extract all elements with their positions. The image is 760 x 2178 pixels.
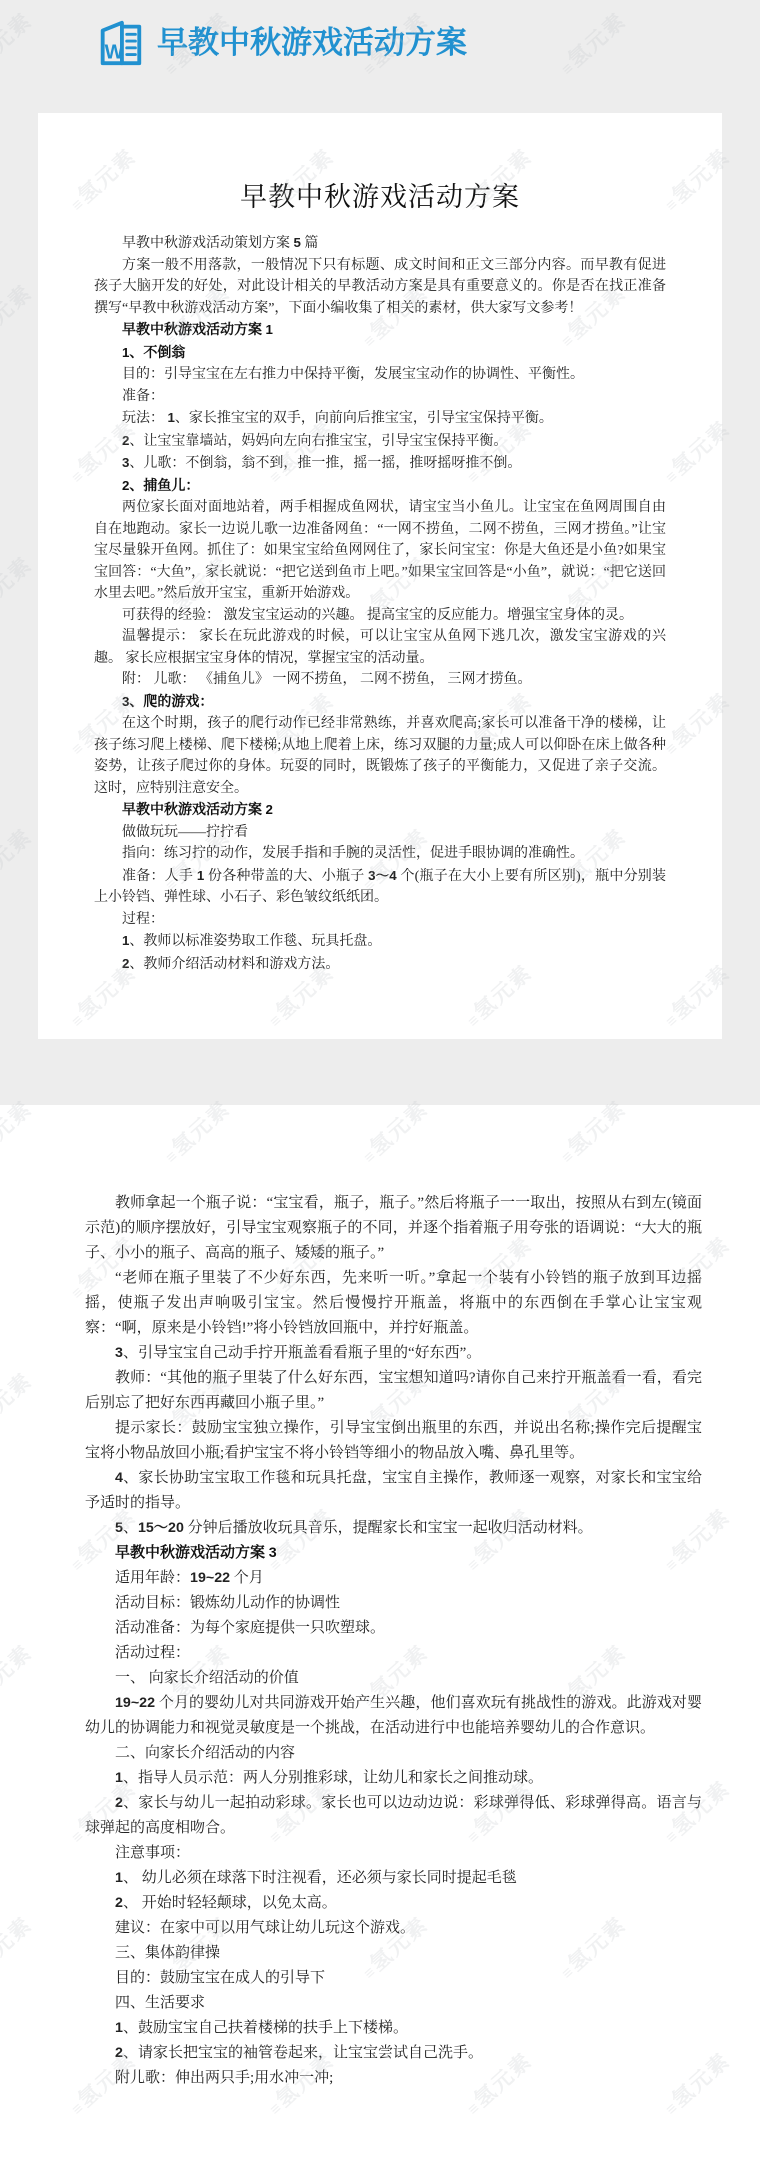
watermark: ≡氢元素 [750,549,760,625]
paragraph: 2、请家长把宝宝的袖管卷起来，让宝宝尝试自己洗手。 [85,2041,702,2066]
watermark: ≡氢元素 [750,277,760,353]
paragraph: 过程： [94,909,666,931]
paragraph: 4、家长协助宝宝取工作毯和玩具托盘，宝宝自主操作，教师逐一观察，对家长和宝宝给予… [85,1466,702,1516]
paragraph: 2、家长与幼儿一起拍动彩球。家长也可以边动边说：彩球弹得低、彩球弹得高。语言与球… [85,1791,702,1841]
paragraph: 准备： [94,386,666,408]
paragraph: 1、 幼儿必须在球落下时注视看，还必须与家长同时提起毛毯 [85,1866,702,1891]
watermark: ≡氢元素 [0,549,38,625]
paragraph: 3、儿歌：不倒翁，翁不到，推一推，摇一摇，推呀摇呀推不倒。 [94,452,666,475]
paragraph: 建议：在家中可以用气球让幼儿玩这个游戏。 [85,1916,702,1941]
paragraph: 2、让宝宝靠墙站，妈妈向左向右推宝宝，引导宝宝保持平衡。 [94,430,666,453]
paragraph: 玩法： 1、家长推宝宝的双手，向前向后推宝宝，引导宝宝保持平衡。 [94,407,666,430]
section-heading: 3、爬的游戏： [94,691,666,714]
paragraph: “老师在瓶子里装了不少好东西，先来听一听。”拿起一个装有小铃铛的瓶子放到耳边摇摇… [85,1266,702,1341]
section-heading: 早教中秋游戏活动方案 1 [94,319,666,342]
section-heading: 早教中秋游戏活动方案 3 [85,1541,702,1566]
page1-body: 早教中秋游戏活动策划方案 5 篇方案一般不用落款，一般情况下只有标题、成文时间和… [94,232,666,975]
paragraph: 5、15～20 分钟后播放收玩具音乐，提醒家长和宝宝一起收归活动材料。 [85,1516,702,1541]
paragraph: 适用年龄：19~22 个月 [85,1566,702,1591]
paragraph: 三、集体韵律操 [85,1941,702,1966]
svg-text:W: W [105,41,125,63]
paragraph: 目的：鼓励宝宝在成人的引导下 [85,1966,702,1991]
document-page-1: 早教中秋游戏活动方案 早教中秋游戏活动策划方案 5 篇方案一般不用落款，一般情况… [38,113,722,1039]
paragraph: 一、 向家长介绍活动的价值 [85,1666,702,1691]
section-heading: 1、不倒翁 [94,342,666,365]
paragraph: 1、指导人员示范：两人分别推彩球，让幼儿和家长之间推动球。 [85,1766,702,1791]
page-title: 早教中秋游戏活动方案 [94,179,666,215]
paragraph: 3、引导宝宝自己动手拧开瓶盖看看瓶子里的“好东西”。 [85,1341,702,1366]
document-page-2: 教师拿起一个瓶子说：“宝宝看，瓶子，瓶子。”然后将瓶子一一取出，按照从右到左(镜… [0,1105,760,2178]
paragraph: 温馨提示： 家长在玩此游戏的时候，可以让宝宝从鱼网下逃几次，激发宝宝游戏的兴趣。… [94,626,666,669]
watermark: ≡氢元素 [750,821,760,897]
paragraph: 2、 开始时轻轻颠球，以免太高。 [85,1891,702,1916]
header: W 早教中秋游戏活动方案 [94,17,467,69]
paragraph: 19~22 个月的婴幼儿对共同游戏开始产生兴趣，他们喜欢玩有挑战性的游戏。此游戏… [85,1691,702,1741]
paragraph: 1、鼓励宝宝自己扶着楼梯的扶手上下楼梯。 [85,2016,702,2041]
watermark: ≡氢元素 [552,5,632,81]
paragraph: 准备：人手 1 份各种带盖的大、小瓶子 3～4 个(瓶子在大小上要有所区别)，瓶… [94,865,666,909]
paragraph: 活动目标：锻炼幼儿动作的协调性 [85,1591,702,1616]
word-document-icon: W [94,17,146,69]
section-heading: 早教中秋游戏活动方案 2 [94,799,666,822]
paragraph: 教师：“其他的瓶子里装了什么好东西，宝宝想知道吗?请你自己来拧开瓶盖看一看，看完… [85,1366,702,1416]
page2-body: 教师拿起一个瓶子说：“宝宝看，瓶子，瓶子。”然后将瓶子一一取出，按照从右到左(镜… [85,1191,702,2091]
watermark: ≡氢元素 [0,821,38,897]
paragraph: 四、生活要求 [85,1991,702,2016]
paragraph: 2、教师介绍活动材料和游戏方法。 [94,953,666,976]
watermark-logo-icon: ≡ [559,60,577,79]
paragraph: 可获得的经验： 激发宝宝运动的兴趣。 提高宝宝的反应能力。增强宝宝身体的灵。 [94,605,666,627]
paragraph: 目的：引导宝宝在左右推力中保持平衡，发展宝宝动作的协调性、平衡性。 [94,364,666,386]
paragraph: 活动准备：为每个家庭提供一只吹塑球。 [85,1616,702,1641]
paragraph: 在这个时期，孩子的爬行动作已经非常熟练，并喜欢爬高;家长可以准备干净的楼梯，让孩… [94,713,666,799]
paragraph: 两位家长面对面地站着，两手相握成鱼网状，请宝宝当小鱼儿。让宝宝在鱼网周围自由自在… [94,497,666,605]
paragraph: 二、向家长介绍活动的内容 [85,1741,702,1766]
paragraph: 活动过程： [85,1641,702,1666]
paragraph: 附儿歌：伸出两只手;用水冲一冲; [85,2066,702,2091]
watermark: ≡氢元素 [0,5,38,81]
section-heading: 2、捕鱼儿： [94,475,666,498]
paragraph: 1、教师以标准姿势取工作毯、玩具托盘。 [94,930,666,953]
watermark: ≡氢元素 [0,277,38,353]
header-title: 早教中秋游戏活动方案 [157,17,467,69]
document-preview-canvas: W 早教中秋游戏活动方案 早教中秋游戏活动方案 早教中秋游戏活动策划方案 5 篇… [0,0,760,2178]
paragraph: 注意事项： [85,1841,702,1866]
paragraph: 教师拿起一个瓶子说：“宝宝看，瓶子，瓶子。”然后将瓶子一一取出，按照从右到左(镜… [85,1191,702,1266]
paragraph: 指向：练习拧的动作，发展手指和手腕的灵活性，促进手眼协调的准确性。 [94,843,666,865]
paragraph: 早教中秋游戏活动策划方案 5 篇 [94,232,666,255]
paragraph: 做做玩玩——拧拧看 [94,822,666,844]
watermark: ≡氢元素 [750,5,760,81]
paragraph: 提示家长：鼓励宝宝独立操作，引导宝宝倒出瓶里的东西，并说出名称;操作完后提醒宝宝… [85,1416,702,1466]
paragraph: 附： 儿歌： 《捕鱼儿》 一网不捞鱼， 二网不捞鱼， 三网才捞鱼。 [94,669,666,691]
paragraph: 方案一般不用落款，一般情况下只有标题、成文时间和正文三部分内容。而早教有促进孩子… [94,255,666,320]
